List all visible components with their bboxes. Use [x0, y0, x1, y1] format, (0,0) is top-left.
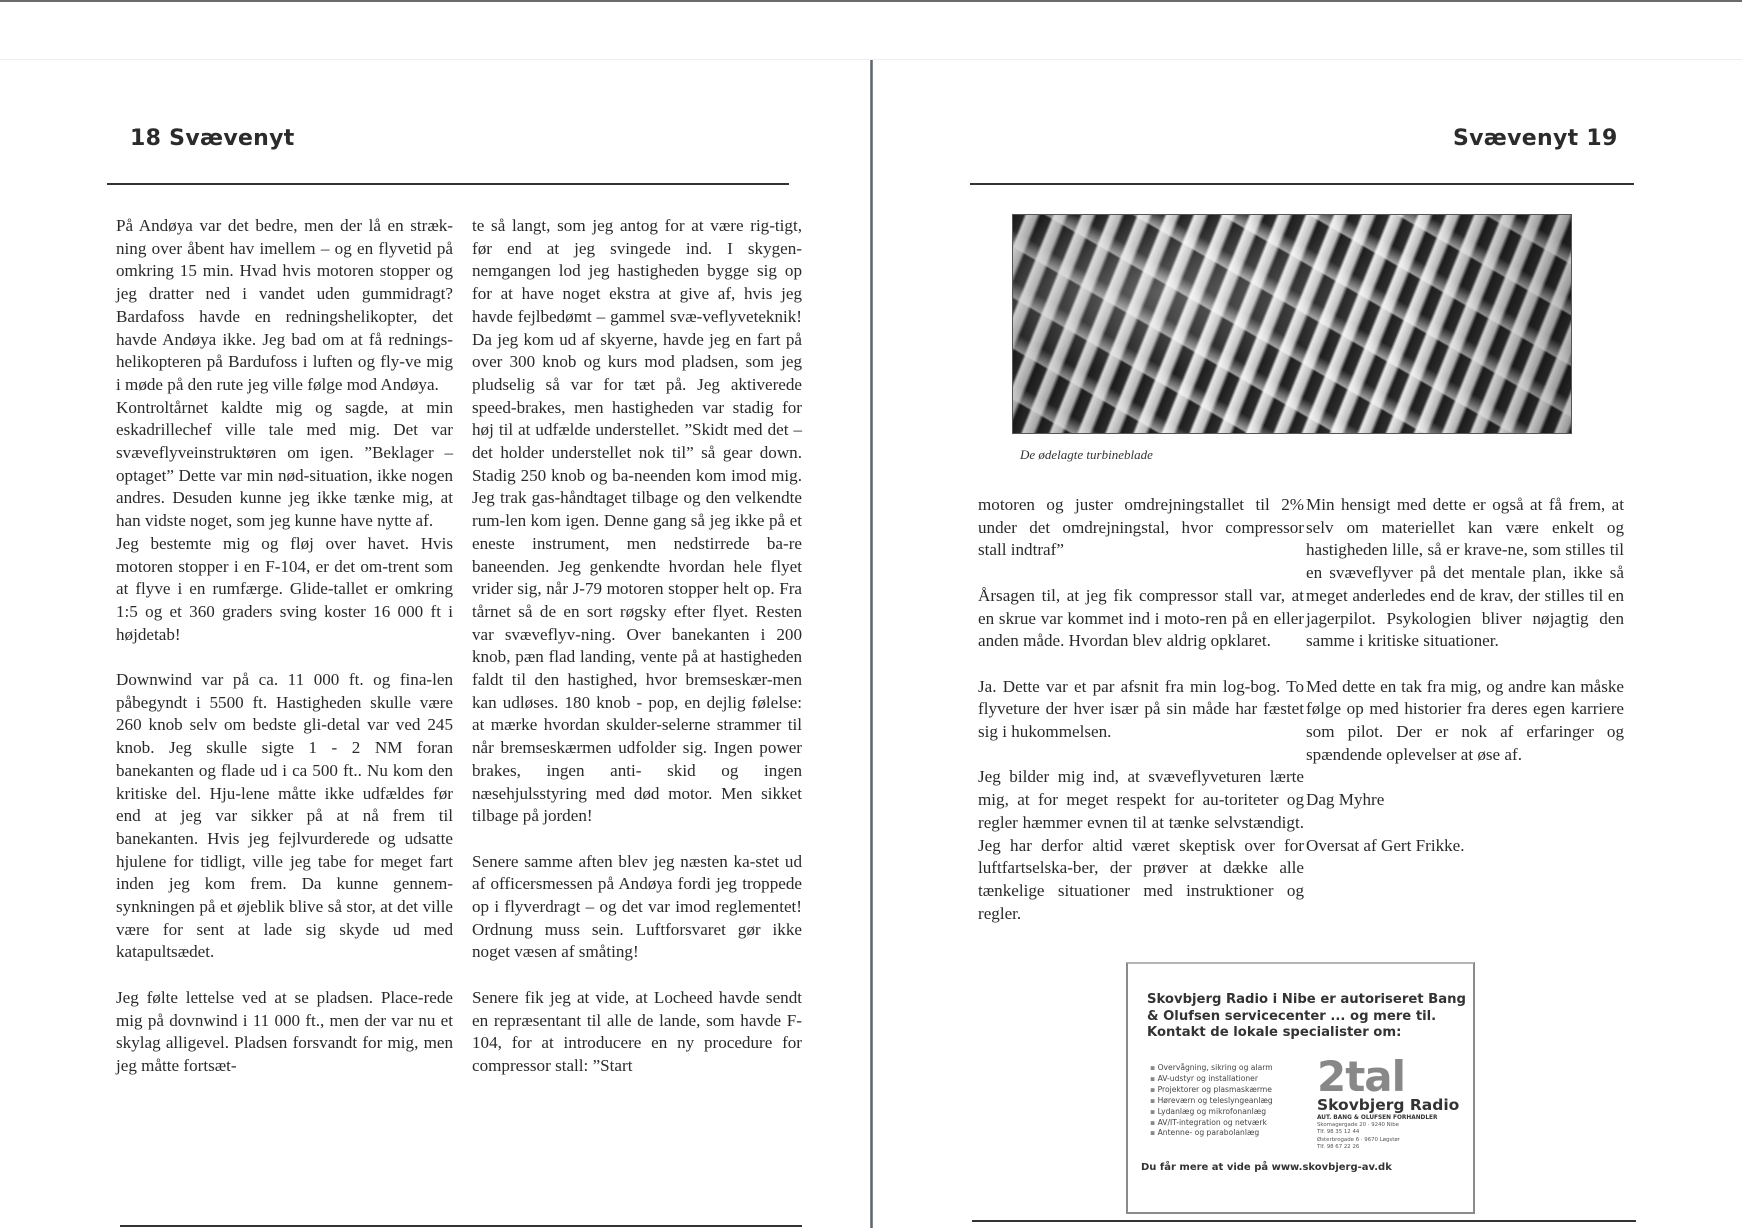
- paragraph: Kontroltårnet kaldte mig og sagde, at mi…: [116, 397, 453, 533]
- ad-tagline: AUT. BANG & OLUFSEN FORHANDLER: [1317, 1114, 1467, 1122]
- paragraph: Jeg følte lettelse ved at se pladsen. Pl…: [116, 987, 453, 1078]
- ad-phone: Tlf. 98 67 22 26: [1317, 1144, 1467, 1151]
- left-page-column-2: te så langt, som jeg antog for at være r…: [472, 215, 802, 1078]
- ad-logo-block: 2tal Skovbjerg Radio AUT. BANG & OLUFSEN…: [1317, 1058, 1467, 1152]
- skovbjerg-radio-advertisement: Skovbjerg Radio i Nibe er autoriseret Ba…: [1126, 962, 1475, 1214]
- page-header-left: 18 Svævenyt: [130, 126, 295, 151]
- ad-address: Østerbrogade 6 · 9670 Løgstør: [1317, 1137, 1467, 1144]
- photo-caption: De ødelagte turbineblade: [1020, 447, 1153, 463]
- ad-service-item: Overvågning, sikring og alarm: [1150, 1063, 1273, 1074]
- header-rule-left: [107, 183, 789, 185]
- paragraph: Jeg bilder mig ind, at svæveflyveturen l…: [978, 766, 1304, 925]
- paragraph: Downwind var på ca. 11 000 ft. og fina-l…: [116, 669, 453, 964]
- turbine-blades-photo-icon: [1012, 214, 1572, 434]
- page-header-right: Svævenyt 19: [1453, 126, 1618, 151]
- footer-rule-left: [120, 1225, 802, 1227]
- ad-service-item: AV-udstyr og installationer: [1150, 1074, 1273, 1085]
- right-page-column-2: Min hensigt med dette er også at få frem…: [1306, 494, 1624, 857]
- scanner-top-edge: [0, 0, 1742, 60]
- ad-service-item: AV/IT-integration og netværk: [1150, 1118, 1273, 1129]
- paragraph: Årsagen til, at jeg fik compressor stall…: [978, 585, 1304, 653]
- header-rule-right: [970, 183, 1634, 185]
- ad-services-list: Overvågning, sikring og alarm AV-udstyr …: [1150, 1063, 1273, 1139]
- ad-company-name: Skovbjerg Radio: [1317, 1096, 1467, 1114]
- ad-address: Skomagergade 20 · 9240 Nibe: [1317, 1122, 1467, 1129]
- paragraph: motoren og juster omdrejningstallet til …: [978, 494, 1304, 562]
- author-signature: Dag Myhre: [1306, 789, 1624, 812]
- ad-service-item: Antenne- og parabolanlæg: [1150, 1128, 1273, 1139]
- paragraph: te så langt, som jeg antog for at være r…: [472, 215, 802, 828]
- paragraph: På Andøya var det bedre, men der lå en s…: [116, 215, 453, 397]
- ad-headline: Skovbjerg Radio i Nibe er autoriseret Ba…: [1147, 992, 1467, 1042]
- page-gutter-fold: [870, 60, 873, 1228]
- ad-service-item: Projektorer og plasmaskærme: [1150, 1085, 1273, 1096]
- ad-service-item: Lydanlæg og mikrofonanlæg: [1150, 1107, 1273, 1118]
- paragraph: Jeg bestemte mig og fløj over havet. Hvi…: [116, 533, 453, 647]
- translator-credit: Oversat af Gert Frikke.: [1306, 835, 1624, 858]
- paragraph: Min hensigt med dette er også at få frem…: [1306, 494, 1624, 653]
- ad-phone: Tlf. 98 35 12 44: [1317, 1129, 1467, 1136]
- ad-service-item: Høreværn og teleslyngeanlæg: [1150, 1096, 1273, 1107]
- paragraph: Med dette en tak fra mig, og andre kan m…: [1306, 676, 1624, 767]
- paragraph: Senere fik jeg at vide, at Locheed havde…: [472, 987, 802, 1078]
- footer-rule-right: [972, 1220, 1636, 1222]
- paragraph: Senere samme aften blev jeg næsten ka-st…: [472, 851, 802, 965]
- paragraph: Ja. Dette var et par afsnit fra min log-…: [978, 676, 1304, 744]
- 2tal-logo-icon: 2tal: [1317, 1058, 1467, 1096]
- right-page-column-1: motoren og juster omdrejningstallet til …: [978, 494, 1304, 925]
- left-page-column-1: På Andøya var det bedre, men der lå en s…: [116, 215, 453, 1078]
- ad-website-line: Du får mere at vide på www.skovbjerg-av.…: [1141, 1162, 1392, 1173]
